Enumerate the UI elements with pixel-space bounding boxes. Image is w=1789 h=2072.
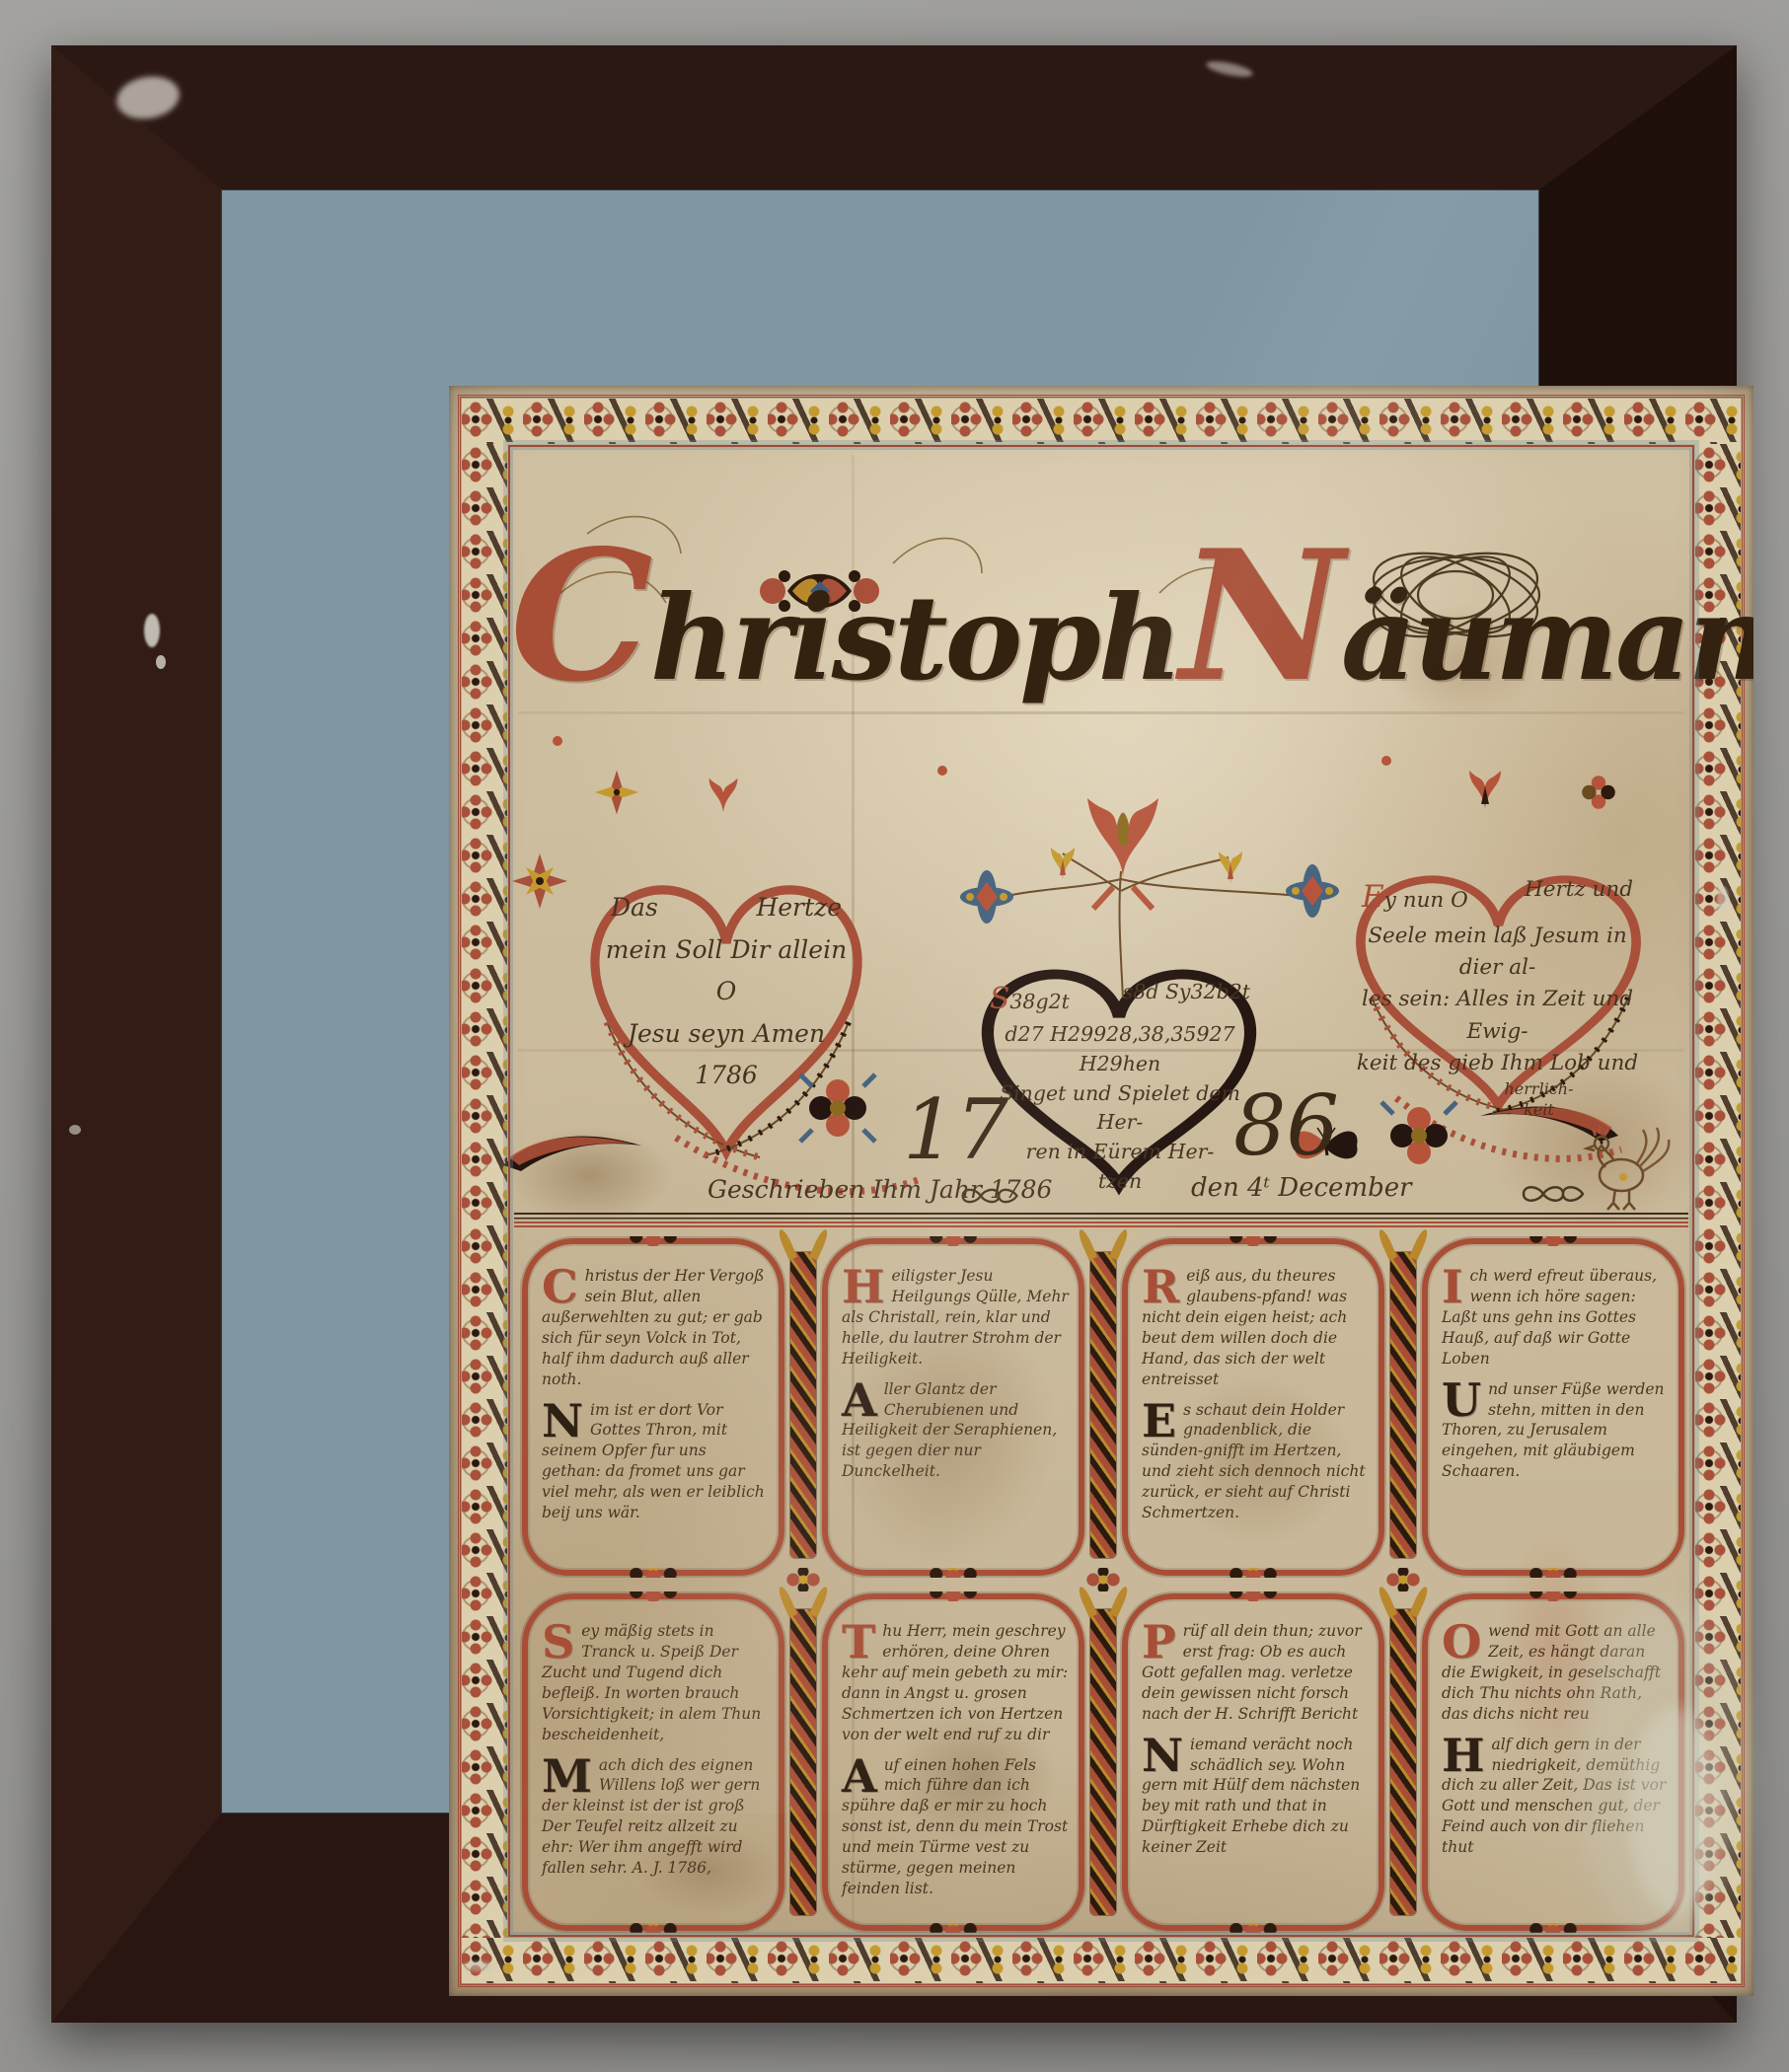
versal-initial: A [842,1383,877,1418]
floral-border-top [462,399,1741,444]
left-heart-year: 1786 [593,1055,859,1097]
right-heart-line: herrlich- [1393,1079,1684,1100]
star-flower-icon [512,853,567,909]
versal-initial: T [842,1625,875,1660]
title-first-name: Christoph [510,534,1180,699]
verse-text: ch werd efreut überaus, wenn ich höre sa… [1442,1267,1657,1368]
versal-initial: H [842,1270,884,1304]
versal-initial: I [1442,1270,1463,1304]
verse-grid: Christus der Her Vergoß sein Blut, allen… [518,1236,1688,1933]
rooster-icon [1587,1126,1669,1210]
center-heart-line: Singet und Spielet dem Her- [982,1079,1258,1138]
versal-initial: N [1142,1739,1183,1773]
versal-initial: C [542,1270,578,1304]
center-heart-line1b: s8d Sy32b2t [1123,978,1250,1020]
left-heart-line: Jesu seyn Amen [593,1013,859,1056]
right-heart-text: Ey nun O Hertz und Seele mein laß Jesum … [1352,874,1643,1121]
center-heart-line: d27 H29928,38,35927 H29hen [982,1020,1258,1078]
verse-panel-8: O wend mit Gott an alle Zeit, es hängt d… [1418,1591,1688,1933]
year-numeral-right: 86 [1233,1084,1339,1167]
verse-panel-7: Prüf all dein thun; zuvor erst frag: Ob … [1118,1591,1388,1933]
knot-flourish-icon [959,1183,1022,1209]
right-heart-line: keit des gieb Ihm Lob und [1352,1048,1643,1079]
striped-pillar [1090,1252,1116,1558]
central-floral-spray [960,798,1339,998]
versal-initial: M [542,1759,592,1794]
left-heart-line1b: Hertze [756,887,842,929]
striped-pillar [1390,1609,1416,1915]
right-heart-line: les sein: Alles in Zeit und Ewig- [1352,984,1643,1048]
center-heart-line: ren in Eürem Her- [982,1138,1258,1167]
verse-panel-4: Ich werd efreut überaus, wenn ich höre s… [1418,1236,1688,1578]
striped-pillar [790,1252,816,1558]
verse-panel-1: Christus der Her Vergoß sein Blut, allen… [518,1236,788,1578]
right-heart-line1b: Hertz und [1525,874,1633,921]
right-heart-line1a: Ey nun O [1362,874,1468,921]
versal-initial: U [1442,1383,1481,1418]
year-numeral-left: 17 [903,1088,1008,1171]
verse-panel-2: Heiligster Jesu Heilgungs Qülle, Mehr al… [818,1236,1088,1578]
left-heart-text: Das Hertze mein Soll Dir allein O Jesu s… [593,887,859,1097]
verse-panel-6: Thu Herr, mein geschrey erhören, deine O… [818,1591,1088,1933]
striped-pillar [1090,1609,1116,1915]
center-heart-line1a: S38g2t [990,978,1070,1020]
rosette-cluster [1086,1568,1120,1591]
title-last-name: Näuman [1180,534,1753,699]
versal-initial: S [542,1625,574,1660]
versal-initial: O [1442,1625,1481,1660]
striped-pillar [1390,1252,1416,1558]
rosette-cluster [1386,1568,1420,1591]
fraktur-document: Christoph Näuman Das Hertze mein Soll Di… [449,386,1753,1996]
verse-panel-3: Reiß aus, du theures glaubens-pfand! was… [1118,1236,1388,1578]
versal-initial: H [1442,1739,1484,1773]
verse-text: ey mäßig stets in Tranck u. Speiß Der Zu… [542,1622,761,1743]
framed-fraktur-photograph: Christoph Näuman Das Hertze mein Soll Di… [0,0,1789,2072]
verse-panel-5: Sey mäßig stets in Tranck u. Speiß Der Z… [518,1591,788,1933]
verse-text: hu Herr, mein geschrey erhören, deine Oh… [842,1622,1068,1743]
section-divider-rule [514,1213,1688,1228]
striped-pillar [790,1609,816,1915]
title-calligraphy: Christoph Näuman [510,534,1665,699]
center-heart-text: S38g2t s8d Sy32b2t d27 H29928,38,35927 H… [982,978,1258,1196]
versal-initial: P [1142,1625,1176,1660]
versal-initial: A [842,1759,877,1794]
rosette-cluster [786,1568,820,1591]
right-heart-line: Seele mein laß Jesum in dier al- [1352,921,1643,985]
left-heart-line1a: Das [611,887,658,929]
right-heart-line: keit [1393,1100,1684,1121]
dateline-date: den 4ᵗ December [1191,1173,1412,1203]
floral-border-bottom [462,1938,1741,1983]
versal-initial: R [1142,1270,1179,1304]
left-heart-line: mein Soll Dir allein O [593,929,859,1013]
versal-initial: E [1142,1404,1176,1439]
side-flower-motifs [553,736,1615,814]
knot-flourish-icon [1520,1181,1589,1207]
versal-initial: N [542,1404,583,1439]
picture-frame: Christoph Näuman Das Hertze mein Soll Di… [51,45,1737,2023]
